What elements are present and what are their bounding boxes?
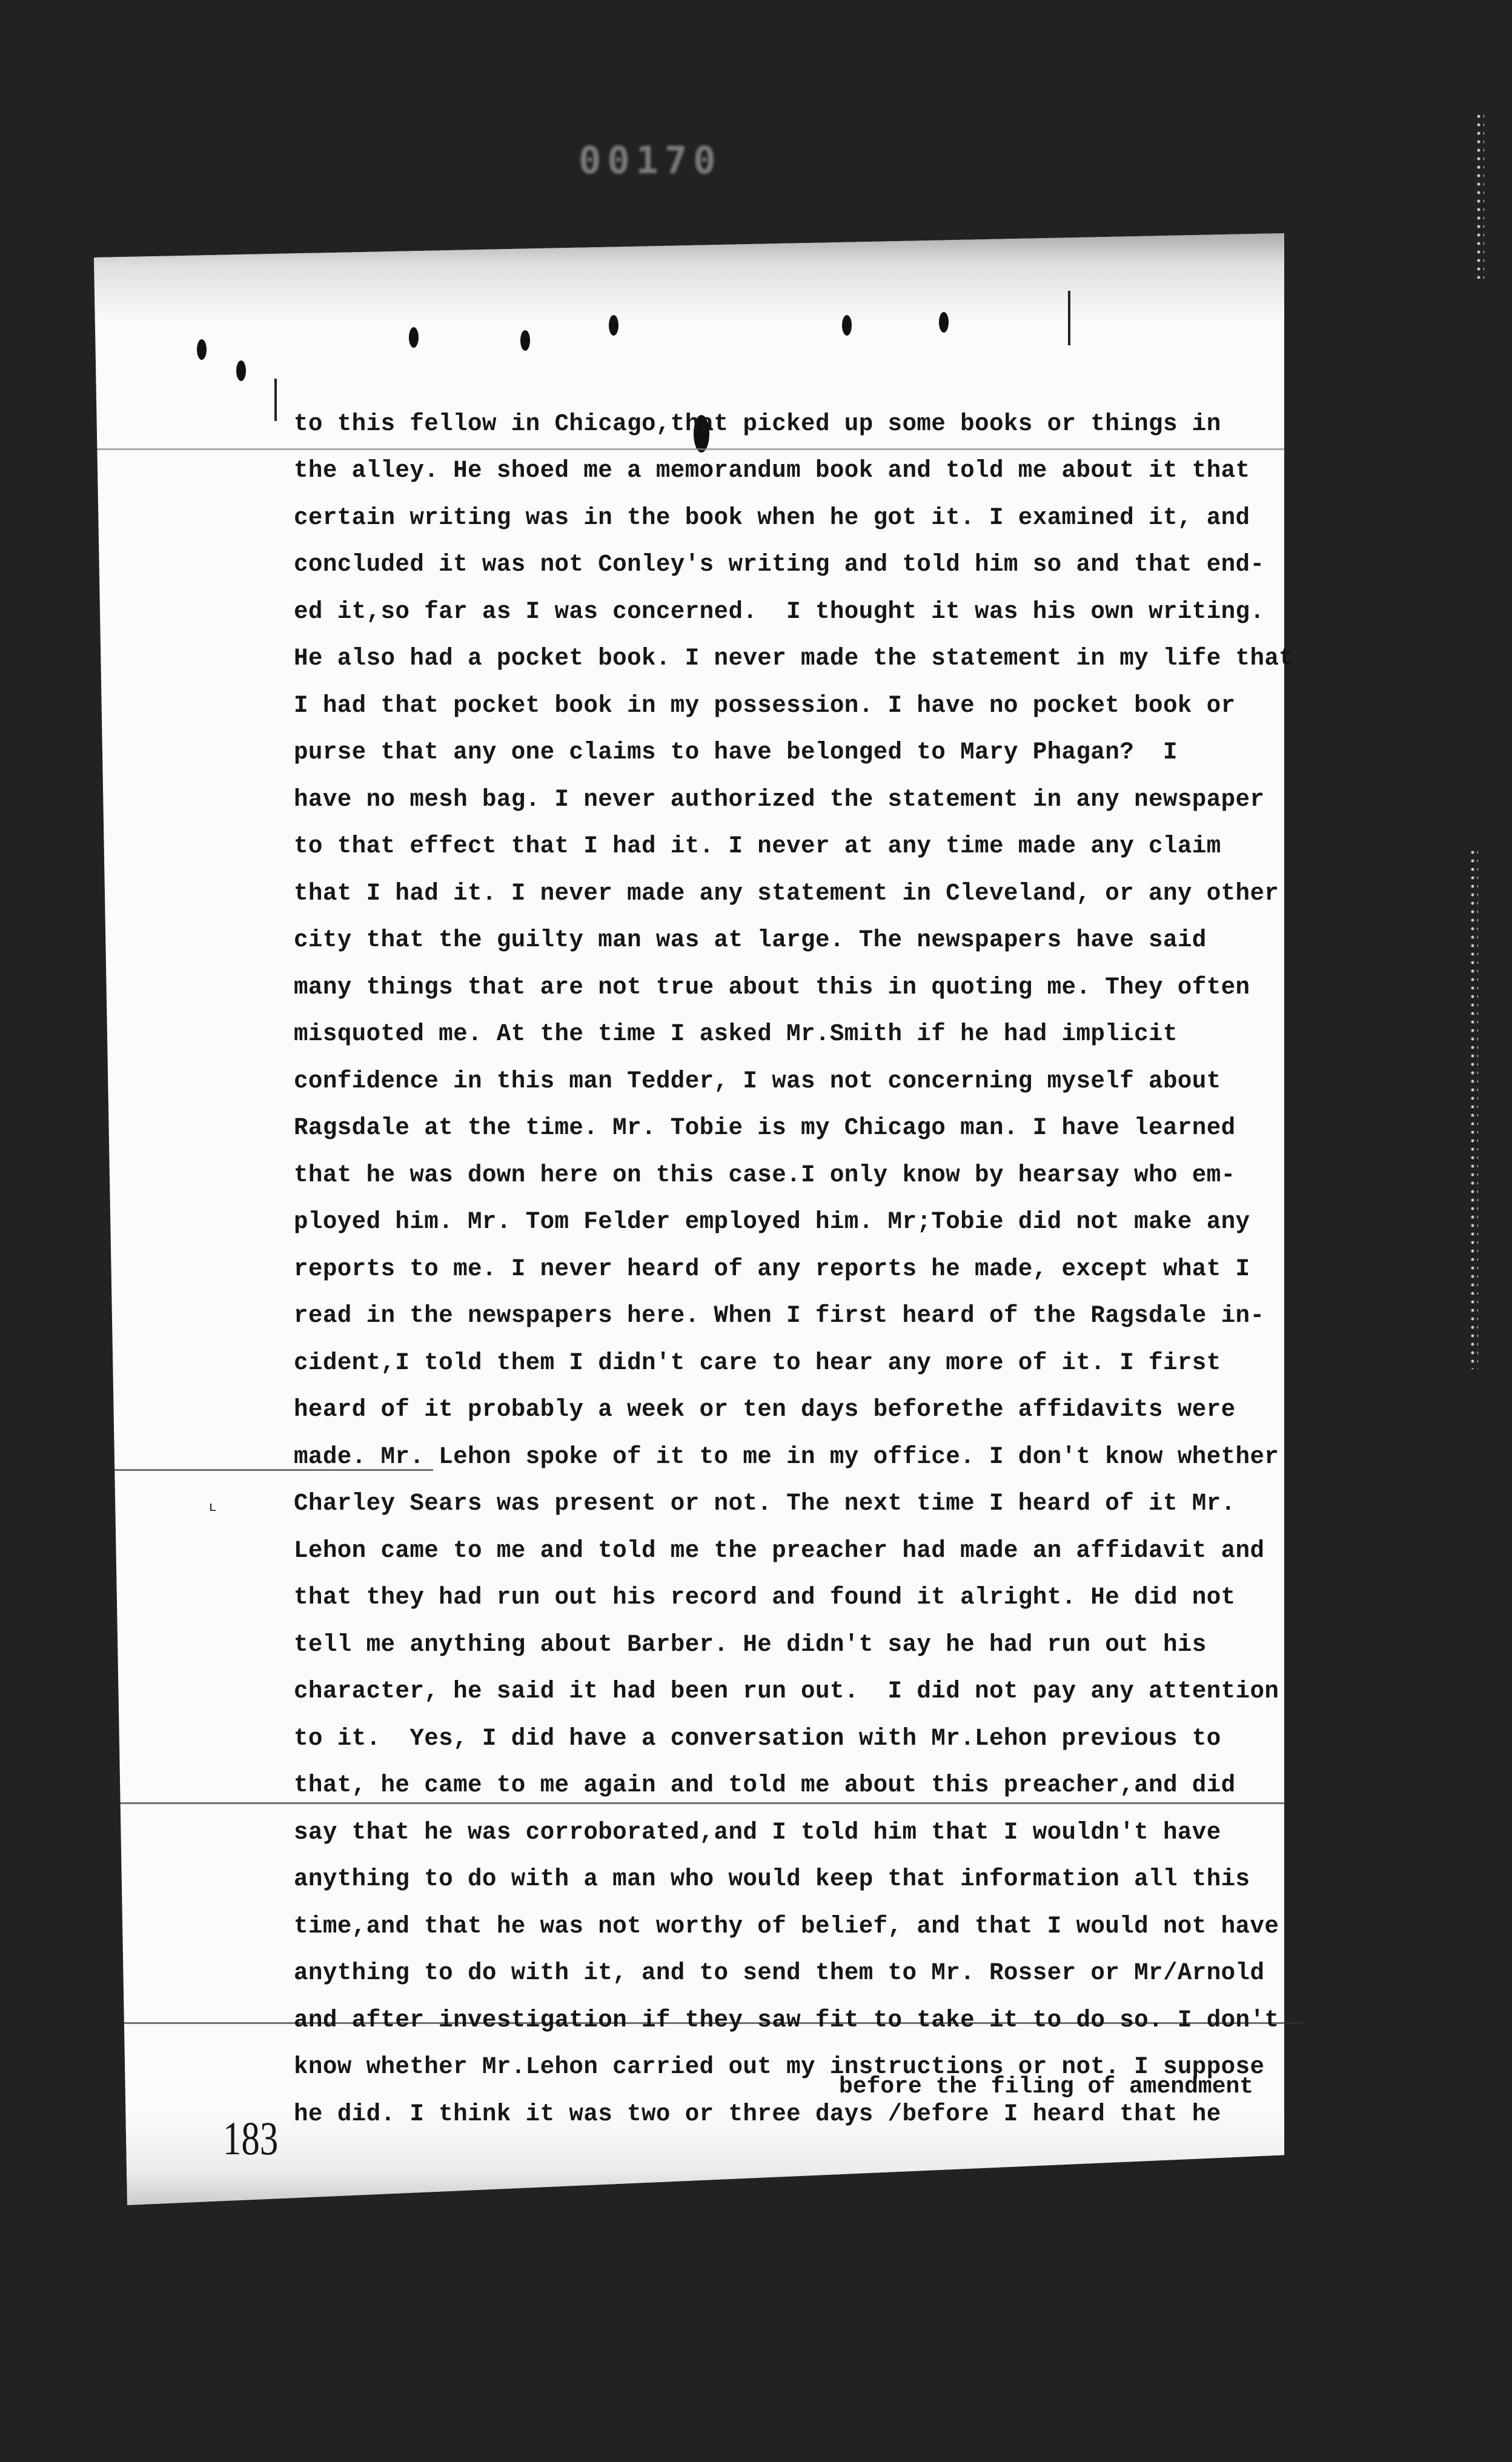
transcript-line: Ragsdale at the time. Mr. Tobie is my Ch…: [294, 1115, 1236, 1142]
transcript-line: that I had it. I never made any statemen…: [294, 880, 1279, 907]
page-number: 183: [223, 2111, 278, 2166]
transcript-line: anything to do with it, and to send them…: [294, 1960, 1264, 1987]
transcript-line: tell me anything about Barber. He didn't…: [294, 1631, 1207, 1659]
binding-hole-mark: [409, 327, 419, 348]
transcript-line: ployed him. Mr. Tom Felder employed him.…: [294, 1209, 1250, 1236]
transcript-line: cident,I told them I didn't care to hear…: [294, 1350, 1221, 1377]
binding-hole-mark: [939, 312, 949, 333]
margin-stroke: [1068, 291, 1070, 345]
transcript-line: confidence in this man Tedder, I was not…: [294, 1068, 1221, 1095]
transcript-line: time,and that he was not worthy of belie…: [294, 1913, 1279, 1940]
transcript-line: to this fellow in Chicago,that picked up…: [294, 411, 1221, 438]
transcript-line: and after investigation if they saw fit …: [294, 2007, 1279, 2034]
transcript-line: ed it,so far as I was concerned. I thoug…: [294, 599, 1264, 626]
interlinear-insertion: before the filing of amendment: [839, 2074, 1253, 2100]
transcript-line: Charley Sears was present or not. The ne…: [294, 1490, 1236, 1518]
margin-mark: ʟ: [209, 1499, 216, 1515]
transcript-line: have no mesh bag. I never authorized the…: [294, 786, 1264, 814]
transcript-line: Lehon came to me and told me the preache…: [294, 1538, 1264, 1565]
transcript-line: heard of it probably a week or ten days …: [294, 1396, 1236, 1424]
binding-hole-mark: [842, 315, 852, 336]
transcript-line: that they had run out his record and fou…: [294, 1584, 1236, 1611]
page-top-shadow: [94, 233, 1284, 324]
frame-number-stamp: 00170: [579, 138, 722, 182]
transcript-line: read in the newspapers here. When I firs…: [294, 1302, 1264, 1330]
transcript-line: character, he said it had been run out. …: [294, 1678, 1279, 1705]
binding-hole-mark: [236, 360, 246, 381]
transcript-line: to it. Yes, I did have a conversation wi…: [294, 1725, 1221, 1753]
transcript-line: concluded it was not Conley's writing an…: [294, 551, 1264, 579]
binding-hole-mark: [609, 315, 618, 336]
transcript-line: many things that are not true about this…: [294, 974, 1250, 1001]
transcript-line: he did. I think it was two or three days…: [294, 2101, 1221, 2128]
transcript-line: to that effect that I had it. I never at…: [294, 833, 1221, 860]
transcript-line: anything to do with a man who would keep…: [294, 1866, 1250, 1893]
transcript-line: He also had a pocket book. I never made …: [294, 645, 1293, 672]
transcript-line: city that the guilty man was at large. T…: [294, 927, 1207, 954]
transcript-line: purse that any one claims to have belong…: [294, 739, 1178, 766]
transcript-line: the alley. He shoed me a memorandum book…: [294, 457, 1250, 485]
scan-rule-line: [94, 1802, 1284, 1804]
film-edge-perforation-top: [1476, 112, 1484, 279]
margin-stroke: [274, 379, 277, 421]
transcript-line: that, he came to me again and told me ab…: [294, 1772, 1236, 1799]
transcript-line: certain writing was in the book when he …: [294, 505, 1250, 532]
scan-rule-line: [94, 448, 1284, 450]
binding-hole-mark: [197, 339, 207, 360]
transcript-line: misquoted me. At the time I asked Mr.Smi…: [294, 1021, 1178, 1048]
binding-hole-mark: [520, 330, 530, 351]
transcript-line: made. Mr. Lehon spoke of it to me in my …: [294, 1444, 1279, 1471]
film-edge-perforation-middle: [1470, 848, 1478, 1369]
transcript-line: say that he was corroborated,and I told …: [294, 1819, 1221, 1846]
transcript-line: I had that pocket book in my possession.…: [294, 692, 1236, 720]
transcript-line: that he was down here on this case.I onl…: [294, 1162, 1236, 1189]
transcript-line: reports to me. I never heard of any repo…: [294, 1256, 1250, 1283]
